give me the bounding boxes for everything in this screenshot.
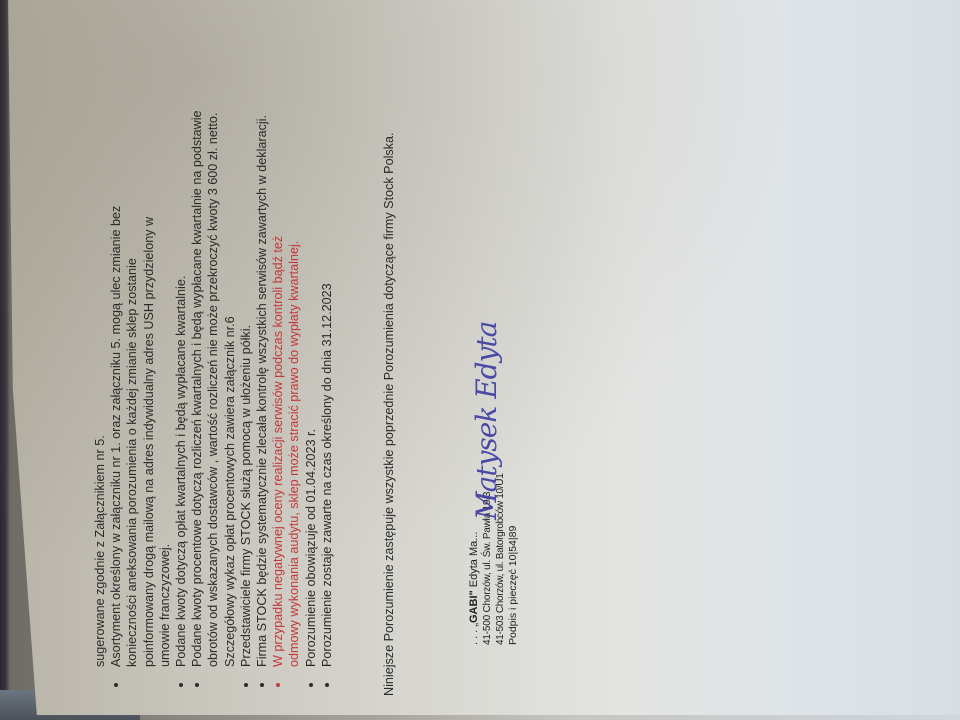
line: Przedstawiciele firmy STOCK służą pomocą… bbox=[238, 80, 254, 667]
bullet-icon bbox=[260, 683, 264, 687]
bullet-icon bbox=[309, 683, 313, 687]
list-item-valid-until: Porozumienie zostaje zawarte na czas okr… bbox=[319, 80, 335, 700]
list-item-attachment-6: Szczegółowy wykaz opłat procentowych zaw… bbox=[222, 80, 238, 700]
line: Firma STOCK będzie systematycznie zlecał… bbox=[254, 80, 270, 667]
stamp-owner-name: Edyta Ma... bbox=[468, 532, 480, 591]
line: umowie franczyzowej. bbox=[157, 80, 173, 667]
bullet-icon bbox=[244, 683, 248, 687]
bullet-icon bbox=[195, 683, 199, 687]
stamp-company-name: GABI" bbox=[468, 590, 480, 623]
bullet-icon bbox=[179, 683, 183, 687]
list-item-stock-representatives: Przedstawiciele firmy STOCK służą pomocą… bbox=[238, 80, 254, 700]
line: Porozumienie obowiązuje od 01.04.2023 r. bbox=[303, 80, 319, 667]
intro-line: sugerowane zgodnie z Załącznikiem nr 5. bbox=[92, 80, 108, 700]
line: konieczności aneksowania porozumienia o … bbox=[124, 80, 140, 667]
bullet-icon bbox=[325, 683, 329, 687]
list-item-valid-from: Porozumienie obowiązuje od 01.04.2023 r. bbox=[303, 80, 319, 700]
line: Podane kwoty procentowe dotyczą rozlicze… bbox=[189, 80, 205, 667]
list-item-service-control: Firma STOCK będzie systematycznie zlecał… bbox=[254, 80, 270, 700]
list-item-quarterly-fees: Podane kwoty dotyczą opłat kwartalnych i… bbox=[173, 80, 189, 700]
line: odmowy wykonania audytu, sklep może stra… bbox=[286, 80, 302, 667]
bullet-icon bbox=[276, 683, 280, 687]
line: obrotów od wskazanych dostawców , wartoś… bbox=[205, 80, 221, 667]
list-item-assortment: Asortyment określony w załączniku nr 1. … bbox=[108, 80, 173, 700]
bullet-icon bbox=[114, 683, 118, 687]
closing-statement: Niniejsze Porozumienie zastępuje wszystk… bbox=[381, 80, 397, 700]
list-item-audit-warning: W przypadku negatywnej oceny realizacji … bbox=[270, 80, 302, 700]
signature-label: Podpis i pieczęć 10|54|89 bbox=[507, 474, 520, 645]
list-item-percentage-fees: Podane kwoty procentowe dotyczą rozlicze… bbox=[189, 80, 221, 700]
handwritten-signature: Matysek Edyta bbox=[470, 322, 503, 520]
stamp-prefix: . . . „ bbox=[468, 623, 480, 645]
line: Podane kwoty dotyczą opłat kwartalnych i… bbox=[173, 80, 189, 667]
line: Asortyment określony w załączniku nr 1. … bbox=[108, 80, 124, 667]
line: Szczegółowy wykaz opłat procentowych zaw… bbox=[222, 80, 238, 667]
line: W przypadku negatywnej oceny realizacji … bbox=[270, 80, 286, 667]
line: Porozumienie zostaje zawarte na czas okr… bbox=[319, 80, 335, 667]
terms-list: Asortyment określony w załączniku nr 1. … bbox=[108, 80, 335, 700]
line: poinformowany drogą mailową na adres ind… bbox=[141, 80, 157, 667]
